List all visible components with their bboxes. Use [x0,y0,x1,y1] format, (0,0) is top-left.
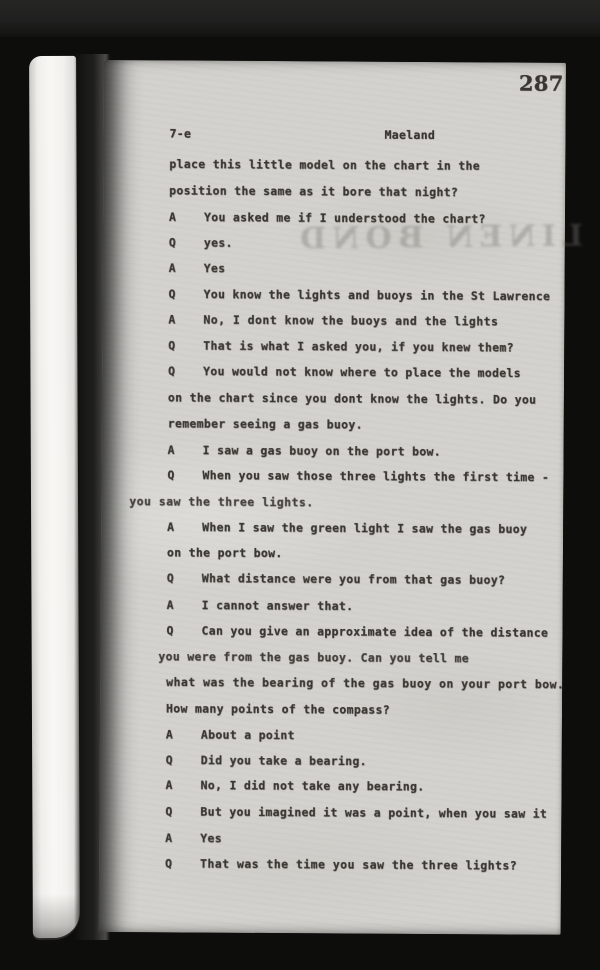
transcript-line: QYou know the lights and buoys in the St… [102,282,564,311]
transcript-line: QWhen you saw those three lights the fir… [101,462,563,491]
transcript-line: AYou asked me if I understood the chart? [103,204,565,233]
transcript-line: QThat is what I asked you, if you knew t… [102,333,564,362]
header-page-code: 7-e [170,126,192,140]
transcript-line: AI cannot answer that. [101,593,563,622]
transcript-line: AYes [103,255,565,284]
transcript-line: remember seeing a gas buoy. [102,411,564,440]
transcript-line: you saw the three lights. [101,489,563,518]
scanned-page: LINEN BOND 287 7-e Maeland place this li… [99,60,566,935]
transcript-line: QYou would not know where to place the m… [102,359,564,388]
transcript-line: place this little model on the chart in … [103,152,565,181]
transcript-line: on the chart since you dont know the lig… [102,385,564,414]
transcript-line: QCan you give an approximate idea of the… [100,618,562,647]
header-witness-name: Maeland [385,128,436,142]
page-number: 287 [519,71,564,96]
transcript-line: ANo, I did not take any bearing. [99,773,561,802]
page-curl-edge [29,56,80,938]
transcript-line: on the port bow. [101,540,563,569]
transcript-line: AWhen I saw the green light I saw the ga… [101,515,563,544]
transcript-line: QThat was the time you saw the three lig… [99,851,561,880]
transcript-line: QWhat distance were you from that gas bu… [101,566,563,595]
transcript-line: How many points of the compass? [100,696,562,725]
transcript-line: AAbout a point [100,722,562,751]
transcript-line: position the same as it bore that night? [103,178,565,207]
photo-top-band [0,0,600,37]
scanned-document-photo: LINEN BOND 287 7-e Maeland place this li… [0,0,600,970]
transcript: place this little model on the chart in … [99,152,565,880]
transcript-line: what was the bearing of the gas buoy on … [100,669,562,698]
page-header: 7-e Maeland [103,126,565,149]
transcript-line: ANo, I dont know the buoys and the light… [102,307,564,336]
transcript-line: AYes [99,826,561,855]
transcript-line: QBut you imagined it was a point, when y… [99,799,561,828]
transcript-line: Qyes. [103,230,565,259]
transcript-line: you were from the gas buoy. Can you tell… [100,644,562,673]
